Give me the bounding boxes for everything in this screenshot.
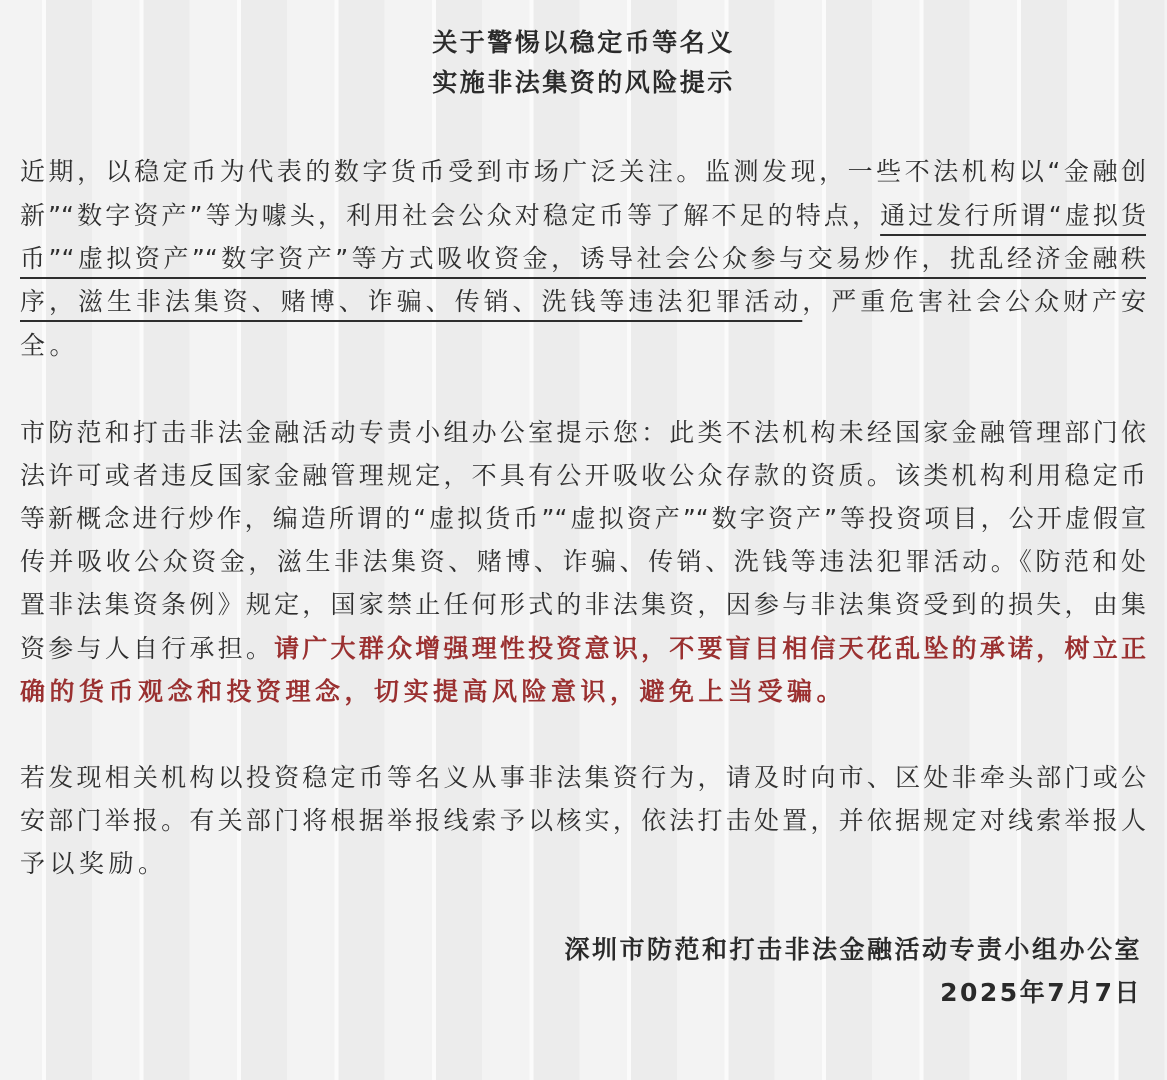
paragraph-line: 新”“数字资产”等为噱头，利用社会公众对稳定币等了解不足的特点，通过发行所谓“虚… <box>20 194 1146 238</box>
paragraph-line: 近期，以稳定币为代表的数字货币受到市场广泛关注。监测发现，一些不法机构以“金融创 <box>20 150 1146 194</box>
notice-title-line-2: 实施非法集资的风险提示 <box>0 63 1167 103</box>
text-segment: 若发现相关机构以投资稳定币等名义从事非法集资行为，请及时向市、区处非牵头部门或公 <box>20 763 1146 792</box>
paragraph-line: 币”“虚拟资产”“数字资产”等方式吸收资金，诱导社会公众参与交易炒作，扰乱经济金… <box>20 237 1146 281</box>
paragraph-line: 资参与人自行承担。请广大群众增强理性投资意识，不要盲目相信天花乱坠的承诺，树立正 <box>20 627 1146 671</box>
text-segment: 传并吸收公众资金，滋生非法集资、赌博、诈骗、传销、洗钱等违法犯罪活动。《防范和处 <box>20 547 1146 576</box>
paragraph-line: 等新概念进行炒作，编造所谓的“虚拟货币”“虚拟资产”“数字资产”等投资项目，公开… <box>20 497 1146 541</box>
underlined-text-segment: 币”“虚拟资产”“数字资产”等方式吸收资金，诱导社会公众参与交易炒作，扰乱经济金… <box>20 244 1146 273</box>
issuer-signature: 深圳市防范和打击非法金融活动专责小组办公室 <box>564 930 1142 970</box>
text-segment: 资参与人自行承担。 <box>20 634 274 663</box>
text-segment: ，严重危害社会公众财产安 <box>802 287 1146 316</box>
text-segment: 安部门举报。有关部门将根据举报线索予以核实，依法打击处置，并依据规定对线索举报人 <box>20 806 1146 835</box>
paragraph-line: 确的货币观念和投资理念，切实提高风险意识，避免上当受骗。 <box>20 670 1146 714</box>
text-segment: 等新概念进行炒作，编造所谓的“虚拟货币”“虚拟资产”“数字资产”等投资项目，公开… <box>20 504 1146 533</box>
notice-document: 关于警惕以稳定币等名义 实施非法集资的风险提示 近期，以稳定币为代表的数字货币受… <box>0 0 1167 1080</box>
text-segment: 法许可或者违反国家金融管理规定，不具有公开吸收公众存款的资质。该类机构利用稳定币 <box>20 461 1146 490</box>
text-segment: 置非法集资条例》规定，国家禁止任何形式的非法集资，因参与非法集资受到的损失，由集 <box>20 590 1146 619</box>
text-segment: 近期，以稳定币为代表的数字货币受到市场广泛关注。监测发现，一些不法机构以“金融创 <box>20 157 1146 186</box>
paragraph-line: 予以奖励。 <box>20 842 1146 886</box>
paragraph-line: 全。 <box>20 324 1146 368</box>
paragraph-line: 安部门举报。有关部门将根据举报线索予以核实，依法打击处置，并依据规定对线索举报人 <box>20 799 1146 843</box>
text-segment: 新”“数字资产”等为噱头，利用社会公众对稳定币等了解不足的特点， <box>20 201 880 230</box>
emphasis-warning-text: 请广大群众增强理性投资意识，不要盲目相信天花乱坠的承诺，树立正 <box>274 634 1146 663</box>
issue-date: 2025年7月7日 <box>940 973 1142 1013</box>
paragraph-line: 置非法集资条例》规定，国家禁止任何形式的非法集资，因参与非法集资受到的损失，由集 <box>20 583 1146 627</box>
paragraph-line: 若发现相关机构以投资稳定币等名义从事非法集资行为，请及时向市、区处非牵头部门或公 <box>20 756 1146 800</box>
paragraph-line: 序，滋生非法集资、赌博、诈骗、传销、洗钱等违法犯罪活动，严重危害社会公众财产安 <box>20 280 1146 324</box>
paragraph-line: 法许可或者违反国家金融管理规定，不具有公开吸收公众存款的资质。该类机构利用稳定币 <box>20 454 1146 498</box>
paragraph-line: 传并吸收公众资金，滋生非法集资、赌博、诈骗、传销、洗钱等违法犯罪活动。《防范和处 <box>20 540 1146 584</box>
notice-title-line-1: 关于警惕以稳定币等名义 <box>0 23 1167 63</box>
text-segment: 予以奖励。 <box>20 849 168 878</box>
paragraph-line: 市防范和打击非法金融活动专责小组办公室提示您：此类不法机构未经国家金融管理部门依 <box>20 411 1146 455</box>
underlined-text-segment: 序，滋生非法集资、赌博、诈骗、传销、洗钱等违法犯罪活动 <box>20 287 802 316</box>
emphasis-warning-text: 确的货币观念和投资理念，切实提高风险意识，避免上当受骗。 <box>20 677 846 706</box>
text-segment: 市防范和打击非法金融活动专责小组办公室提示您：此类不法机构未经国家金融管理部门依 <box>20 418 1146 447</box>
text-segment: 全。 <box>20 331 79 360</box>
underlined-text-segment: 通过发行所谓“虚拟货 <box>880 201 1146 230</box>
